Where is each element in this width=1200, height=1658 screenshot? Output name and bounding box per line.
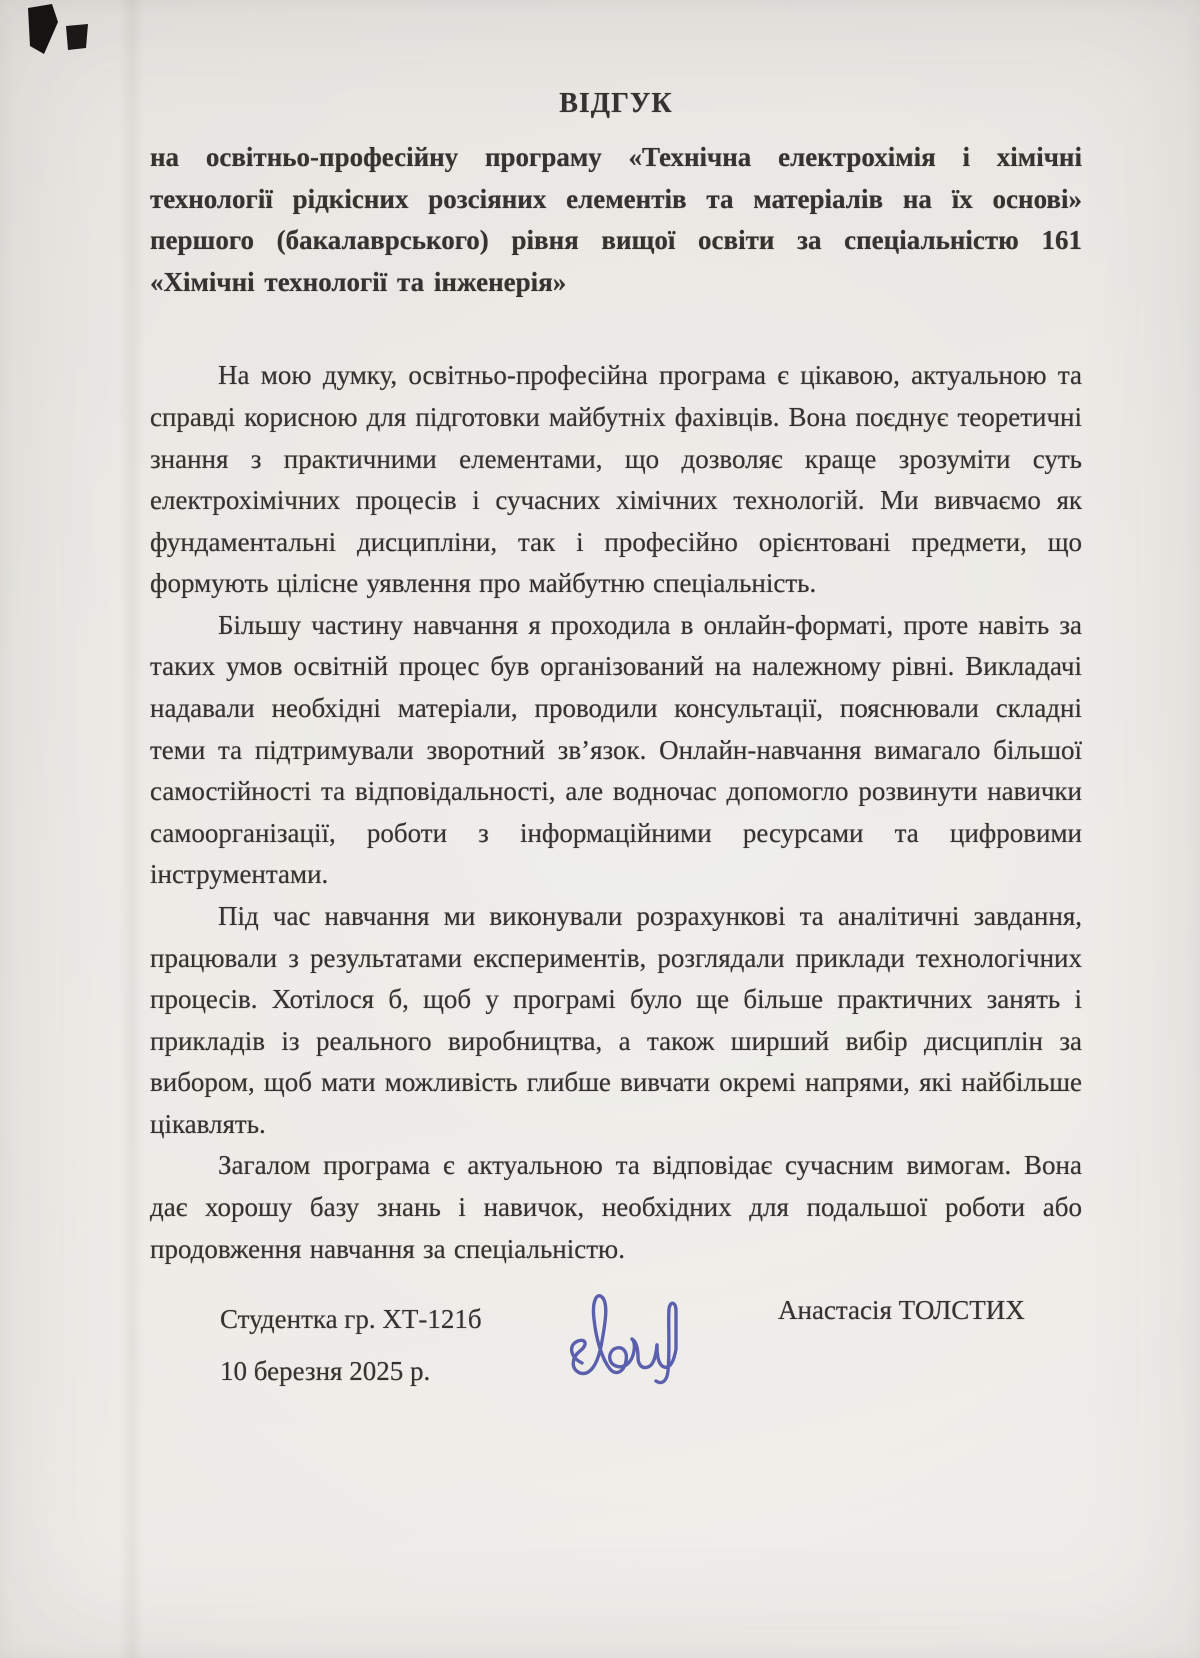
student-group-line: Студентка гр. ХТ-121б — [220, 1293, 482, 1345]
document-body: ВІДГУК на освітньо-професійну програму «… — [150, 82, 1082, 1270]
body-paragraph-3: Під час навчання ми виконували розрахунк… — [150, 896, 1082, 1145]
body-paragraph-1: На мою думку, освітньо-професійна програ… — [150, 355, 1082, 604]
student-name: Анастасія ТОЛСТИХ — [778, 1295, 1025, 1326]
scanned-document-page: ВІДГУК на освітньо-професійну програму «… — [0, 0, 1200, 1658]
document-title: ВІДГУК — [150, 82, 1082, 125]
signature-block: Студентка гр. ХТ-121б 10 березня 2025 р.… — [0, 1283, 1200, 1443]
scan-artifact-marks — [14, 2, 104, 64]
handwritten-signature — [552, 1277, 722, 1397]
body-paragraph-4: Загалом програма є актуальною та відпові… — [150, 1145, 1082, 1270]
body-paragraph-2: Більшу частину навчання я проходила в он… — [150, 605, 1082, 896]
date-line: 10 березня 2025 р. — [220, 1345, 482, 1397]
document-subtitle: на освітньо-професійну програму «Технічн… — [150, 137, 1082, 303]
student-info: Студентка гр. ХТ-121б 10 березня 2025 р. — [220, 1293, 482, 1397]
